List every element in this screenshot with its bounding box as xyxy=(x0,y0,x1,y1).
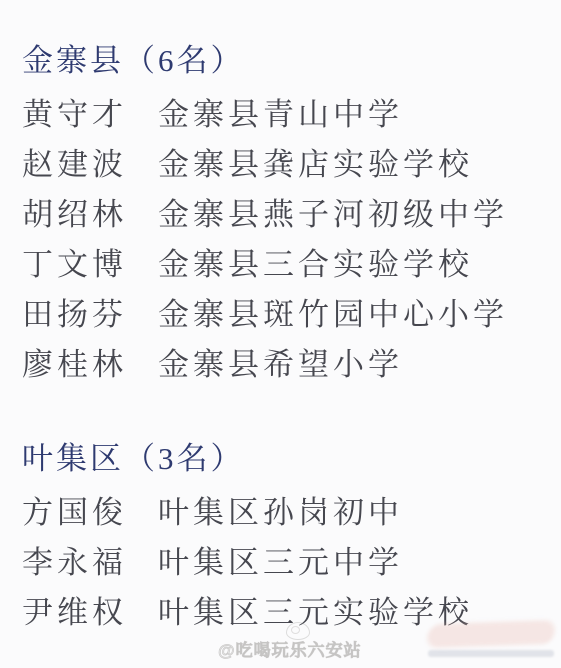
section-yeji-district: 叶集区（3名） 方国俊 叶集区孙岗初中 李永福 叶集区三元中学 尹维权 叶集区三… xyxy=(22,434,561,634)
table-row: 黄守才 金寨县青山中学 xyxy=(22,86,561,136)
person-name: 田扬芬 xyxy=(22,289,158,334)
school-name: 金寨县龚店实验学校 xyxy=(158,139,473,184)
school-name: 金寨县希望小学 xyxy=(158,339,403,384)
person-name: 丁文博 xyxy=(22,239,158,284)
table-row: 李永福 叶集区三元中学 xyxy=(22,534,561,584)
weibo-watermark: @吃喝玩乐六安站 xyxy=(218,636,362,661)
person-name: 方国俊 xyxy=(22,487,158,532)
person-name: 尹维权 xyxy=(22,587,158,632)
person-name: 廖桂林 xyxy=(22,339,158,384)
school-name: 金寨县斑竹园中心小学 xyxy=(158,289,508,334)
site-logo-script-icon xyxy=(425,620,557,648)
weibo-watermark-text: @吃喝玩乐六安站 xyxy=(218,641,362,660)
school-name: 金寨县青山中学 xyxy=(158,89,403,134)
table-row: 胡绍林 金寨县燕子河初级中学 xyxy=(22,186,561,236)
teacher-roster-page: 金寨县（6名） 黄守才 金寨县青山中学 赵建波 金寨县龚店实验学校 胡绍林 金寨… xyxy=(0,0,561,668)
section-jinzhai-county: 金寨县（6名） 黄守才 金寨县青山中学 赵建波 金寨县龚店实验学校 胡绍林 金寨… xyxy=(22,36,561,386)
school-name: 叶集区孙岗初中 xyxy=(158,487,403,532)
site-watermark xyxy=(428,622,554,657)
site-watermark-caption xyxy=(428,650,554,657)
school-name: 叶集区三元中学 xyxy=(158,537,403,582)
table-row: 丁文博 金寨县三合实验学校 xyxy=(22,236,561,286)
person-name: 李永福 xyxy=(22,537,158,582)
table-row: 方国俊 叶集区孙岗初中 xyxy=(22,484,561,534)
table-row: 赵建波 金寨县龚店实验学校 xyxy=(22,136,561,186)
table-row: 廖桂林 金寨县希望小学 xyxy=(22,336,561,386)
school-name: 叶集区三元实验学校 xyxy=(158,587,473,632)
table-row: 田扬芬 金寨县斑竹园中心小学 xyxy=(22,286,561,336)
weibo-logo-icon xyxy=(286,622,310,640)
school-name: 金寨县燕子河初级中学 xyxy=(158,189,508,234)
school-name: 金寨县三合实验学校 xyxy=(158,239,473,284)
person-name: 黄守才 xyxy=(22,89,158,134)
person-name: 赵建波 xyxy=(22,139,158,184)
section-title: 叶集区（3名） xyxy=(22,434,561,484)
person-name: 胡绍林 xyxy=(22,189,158,234)
section-title: 金寨县（6名） xyxy=(22,36,561,86)
